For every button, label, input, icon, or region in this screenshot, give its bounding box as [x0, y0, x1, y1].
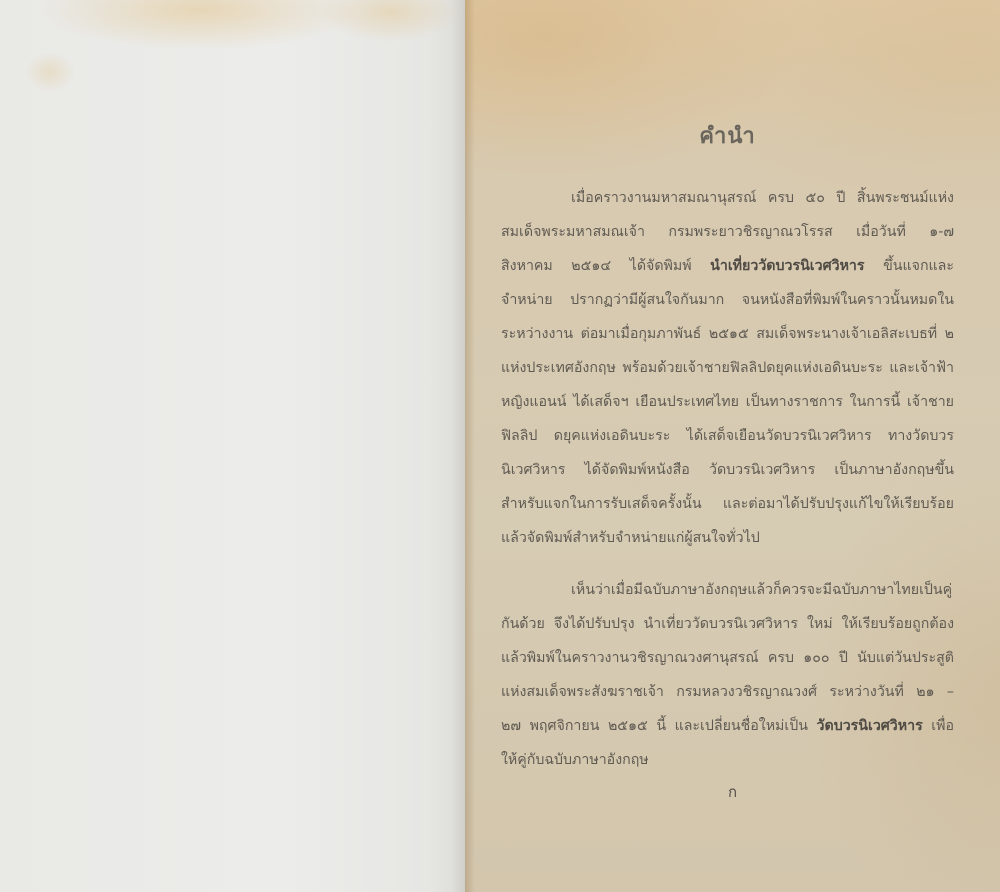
- right-page: คำนำ เมื่อคราวงานมหาสมณานุสรณ์ ครบ ๕๐ ปี…: [465, 0, 1000, 892]
- paragraph-1-text-b: ขึ้นแจกและจำหน่าย ปรากฏว่ามีผู้สนใจกันมา…: [501, 258, 954, 546]
- gutter-edge: [465, 0, 475, 892]
- new-title-bold: วัดบวรนิเวศวิหาร: [817, 718, 923, 734]
- preface-content: คำนำ เมื่อคราวงานมหาสมณานุสรณ์ ครบ ๕๐ ปี…: [501, 118, 954, 777]
- paragraph-2: เห็นว่าเมื่อมีฉบับภาษาอังกฤษแล้วก็ควรจะม…: [501, 573, 954, 777]
- paragraph-1: เมื่อคราวงานมหาสมณานุสรณ์ ครบ ๕๐ ปี สิ้น…: [501, 181, 954, 555]
- page-title: คำนำ: [501, 118, 954, 153]
- book-title-bold: นำเที่ยววัดบวรนิเวศวิหาร: [710, 258, 864, 274]
- gutter-shadow: [451, 0, 465, 892]
- page-number: ก: [465, 780, 1000, 804]
- left-page-blank: [0, 0, 465, 892]
- paragraph-2-text-a: เห็นว่าเมื่อมีฉบับภาษาอังกฤษแล้วก็ควรจะม…: [501, 582, 954, 734]
- book-spread: คำนำ เมื่อคราวงานมหาสมณานุสรณ์ ครบ ๕๐ ปี…: [0, 0, 1000, 892]
